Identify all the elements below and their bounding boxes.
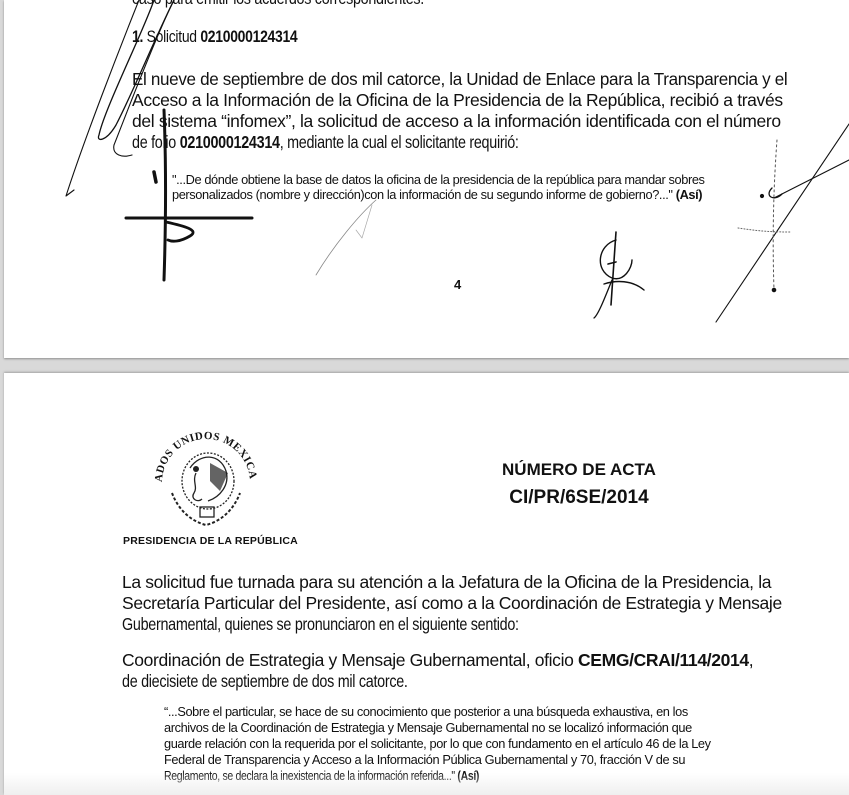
section-folio: 0210000124314 — [200, 27, 297, 46]
acta-number: CI/PR/6SE/2014 — [434, 487, 724, 509]
paragraph-text: , — [749, 650, 754, 670]
paragraph-line: de diecisiete de septiembre de dos mil c… — [122, 671, 408, 692]
quote-line: Federal de Transparencia y Acceso a la I… — [164, 752, 685, 767]
paragraph-line: del sistema “infomex”, la solicitud de a… — [132, 111, 781, 132]
paragraph-line: Gubernamental, quienes se pronunciaron e… — [122, 614, 519, 635]
document-page-5: ESTADOS UNIDOS MEXICANOS PRESIDENCIA DE … — [4, 373, 849, 795]
paragraph-line: La solicitud fue turnada para su atenció… — [122, 572, 771, 593]
coat-of-arms-seal-icon: ESTADOS UNIDOS MEXICANOS — [150, 423, 262, 533]
oficio-number: CEMG/CRAI/114/2014 — [578, 650, 749, 670]
section-number: 1. — [132, 27, 143, 46]
paragraph-text: Coordinación de Estrategia y Mensaje Gub… — [122, 650, 578, 670]
cut-top-line: caso para emitir los acuerdos correspond… — [132, 0, 424, 9]
paragraph-text: de folio — [132, 132, 180, 152]
page-number: 4 — [454, 277, 461, 292]
section-label: Solicitud — [147, 27, 197, 46]
acta-label: NÚMERO DE ACTA — [434, 460, 724, 480]
paragraph-line: de folio 0210000124314, mediante la cual… — [132, 132, 519, 153]
quote-line: "...De dónde obtiene la base de datos la… — [172, 172, 705, 187]
seal-caption: PRESIDENCIA DE LA REPÚBLICA — [123, 535, 298, 547]
quote-line: personalizados (nombre y dirección)con l… — [172, 187, 702, 202]
signature-center — [611, 232, 616, 305]
page-bottom-fade — [4, 773, 849, 795]
quote-line: guarde relación con la requerida por el … — [164, 736, 711, 751]
quote-text: personalizados (nombre y dirección)con l… — [172, 187, 676, 202]
signature-right-line — [716, 124, 849, 322]
section-heading: 1. Solicitud 0210000124314 — [132, 27, 297, 47]
paragraph-line: El nueve de septiembre de dos mil catorc… — [132, 69, 787, 90]
document-page-4: caso para emitir los acuerdos correspond… — [4, 0, 849, 358]
paragraph-line: Coordinación de Estrategia y Mensaje Gub… — [122, 650, 753, 671]
quote-line: archivos de la Coordinación de Estrategi… — [164, 720, 692, 735]
quote-line: “...Sobre el particular, se hace de su c… — [164, 704, 688, 719]
paragraph-line: Acceso a la Información de la Oficina de… — [132, 90, 783, 111]
quote-tag: (Así) — [676, 187, 702, 202]
folio-number: 0210000124314 — [180, 132, 280, 152]
paragraph-line: Secretaría Particular del Presidente, as… — [122, 593, 782, 614]
paragraph-text: , mediante la cual el solicitante requir… — [280, 132, 519, 152]
